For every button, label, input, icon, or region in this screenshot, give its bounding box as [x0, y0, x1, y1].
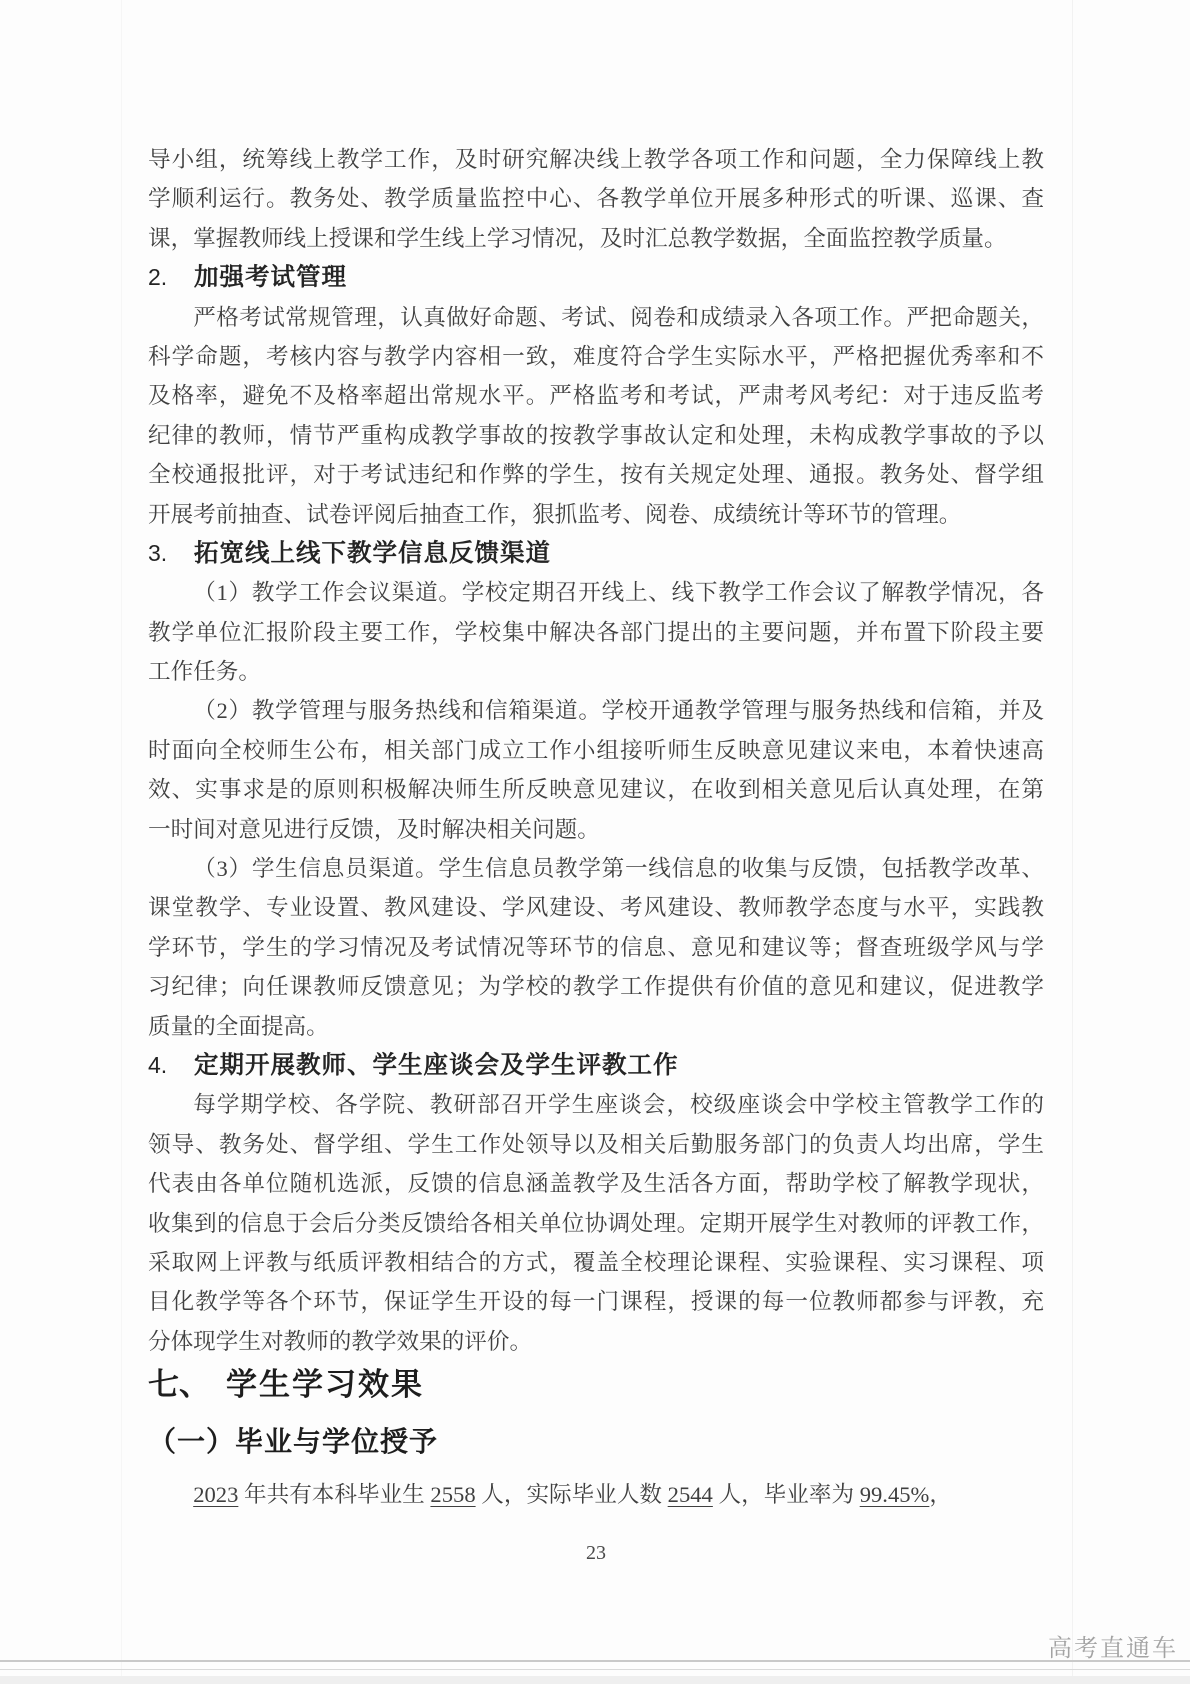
heading-number: 3. — [148, 534, 194, 573]
heading-label: 拓宽线上线下教学信息反馈渠道 — [194, 534, 551, 573]
text-line: 质量的全面提高。 — [148, 1007, 1044, 1046]
text-segment: 年共有本科毕业生 — [238, 1482, 430, 1507]
text-line: 纪律的教师，情节严重构成教学事故的按教学事故认定和处理，未构成教学事故的予以 — [148, 416, 1044, 455]
text-line: 一时间对意见进行反馈，及时解决相关问题。 — [148, 810, 1044, 849]
text-line: 收集到的信息于会后分类反馈给各相关单位协调处理。定期开展学生对教师的评教工作， — [148, 1204, 1044, 1243]
heading-number: 2. — [148, 258, 194, 297]
heading-label: 加强考试管理 — [194, 258, 347, 297]
text-line: 导小组，统筹线上教学工作，及时研究解决线上教学各项工作和问题，全力保障线上教 — [148, 140, 1044, 179]
text-line: 效、实事求是的原则积极解决师生所反映意见建议，在收到相关意见后认真处理，在第 — [148, 770, 1044, 809]
text-line: 全校通报批评，对于考试违纪和作弊的学生，按有关规定处理、通报。教务处、督学组 — [148, 455, 1044, 494]
page-number: 23 — [148, 1542, 1044, 1565]
text-line: 严格考试常规管理，认真做好命题、考试、阅卷和成绩录入各项工作。严把命题关， — [148, 298, 1044, 337]
scanned-document-page: 导小组，统筹线上教学工作，及时研究解决线上教学各项工作和问题，全力保障线上教学顺… — [0, 0, 1190, 1684]
text-line: 学环节，学生的学习情况及考试情况等环节的信息、意见和建议等；督查班级学风与学 — [148, 928, 1044, 967]
text-line: 代表由各单位随机选派，反馈的信息涵盖教学及生活各方面，帮助学校了解教学现状， — [148, 1164, 1044, 1203]
bottom-rule-top — [0, 1660, 1190, 1662]
text-line: 目化教学等各个环节，保证学生开设的每一门课程，授课的每一位教师都参与评教，充 — [148, 1282, 1044, 1321]
numbered-section-heading: 3.拓宽线上线下教学信息反馈渠道 — [148, 534, 1044, 573]
statistics-line: 2023 年共有本科毕业生 2558 人，实际毕业人数 2544 人，毕业率为 … — [148, 1475, 1044, 1515]
text-line: （3）学生信息员渠道。学生信息员教学第一线信息的收集与反馈，包括教学改革、 — [148, 849, 1044, 888]
heading-label: 定期开展教师、学生座谈会及学生评教工作 — [194, 1046, 679, 1085]
text-line: （2）教学管理与服务热线和信箱渠道。学校开通教学管理与服务热线和信箱，并及 — [148, 691, 1044, 730]
heading-label: 学生学习效果 — [226, 1359, 424, 1411]
text-line: 开展考前抽查、试卷评阅后抽查工作，狠抓监考、阅卷、成绩统计等环节的管理。 — [148, 495, 1044, 534]
numbered-section-heading: 2.加强考试管理 — [148, 258, 1044, 297]
underlined-value: 2544 — [668, 1482, 713, 1507]
text-line: 课堂教学、专业设置、教风建设、学风建设、考风建设、教师教学态度与水平，实践教 — [148, 888, 1044, 927]
underlined-value: 2558 — [430, 1482, 475, 1507]
text-line: （1）教学工作会议渠道。学校定期召开线上、线下教学工作会议了解教学情况，各 — [148, 573, 1044, 612]
text-line: 采取网上评教与纸质评教相结合的方式，覆盖全校理论课程、实验课程、实习课程、项 — [148, 1243, 1044, 1282]
document-body: 导小组，统筹线上教学工作，及时研究解决线上教学各项工作和问题，全力保障线上教学顺… — [148, 140, 1044, 1515]
text-line: 分体现学生对教师的教学效果的评价。 — [148, 1322, 1044, 1361]
text-segment: 人，毕业率为 — [713, 1482, 860, 1507]
scan-artifact-line — [1072, 0, 1073, 1684]
text-line: 课，掌握教师线上授课和学生线上学习情况，及时汇总教学数据，全面监控教学质量。 — [148, 219, 1044, 258]
heading-number: 七、 — [148, 1359, 226, 1411]
subsection-heading: （一）毕业与学位授予 — [148, 1419, 1044, 1465]
text-line: 学顺利运行。教务处、教学质量监控中心、各教学单位开展多种形式的听课、巡课、查 — [148, 179, 1044, 218]
text-line: 科学命题，考核内容与教学内容相一致，难度符合学生实际水平，严格把握优秀率和不 — [148, 337, 1044, 376]
text-line: 每学期学校、各学院、教研部召开学生座谈会，校级座谈会中学校主管教学工作的 — [148, 1085, 1044, 1124]
text-line: 教学单位汇报阶段主要工作，学校集中解决各部门提出的主要问题，并布置下阶段主要 — [148, 613, 1044, 652]
text-segment: 人，实际毕业人数 — [476, 1482, 668, 1507]
page-edge-band — [0, 1676, 1190, 1684]
text-line: 领导、教务处、督学组、学生工作处领导以及相关后勤服务部门的负责人均出席，学生 — [148, 1125, 1044, 1164]
heading-number: 4. — [148, 1046, 194, 1085]
text-line: 工作任务。 — [148, 652, 1044, 691]
scan-artifact-line — [121, 0, 122, 1684]
chapter-heading: 七、学生学习效果 — [148, 1359, 1044, 1411]
text-line: 习纪律；向任课教师反馈意见；为学校的教学工作提供有价值的意见和建议，促进教学 — [148, 967, 1044, 1006]
underlined-value: 99.45% — [860, 1482, 930, 1507]
text-segment: ， — [929, 1482, 952, 1507]
underlined-value: 2023 — [193, 1482, 238, 1507]
text-line: 及格率，避免不及格率超出常规水平。严格监考和考试，严肃考风考纪：对于违反监考 — [148, 376, 1044, 415]
text-line: 时面向全校师生公布，相关部门成立工作小组接听师生反映意见建议来电，本着快速高 — [148, 731, 1044, 770]
numbered-section-heading: 4.定期开展教师、学生座谈会及学生评教工作 — [148, 1046, 1044, 1085]
bottom-rule-lower — [0, 1669, 1190, 1670]
watermark-text: 高考直通车 — [1048, 1628, 1178, 1663]
